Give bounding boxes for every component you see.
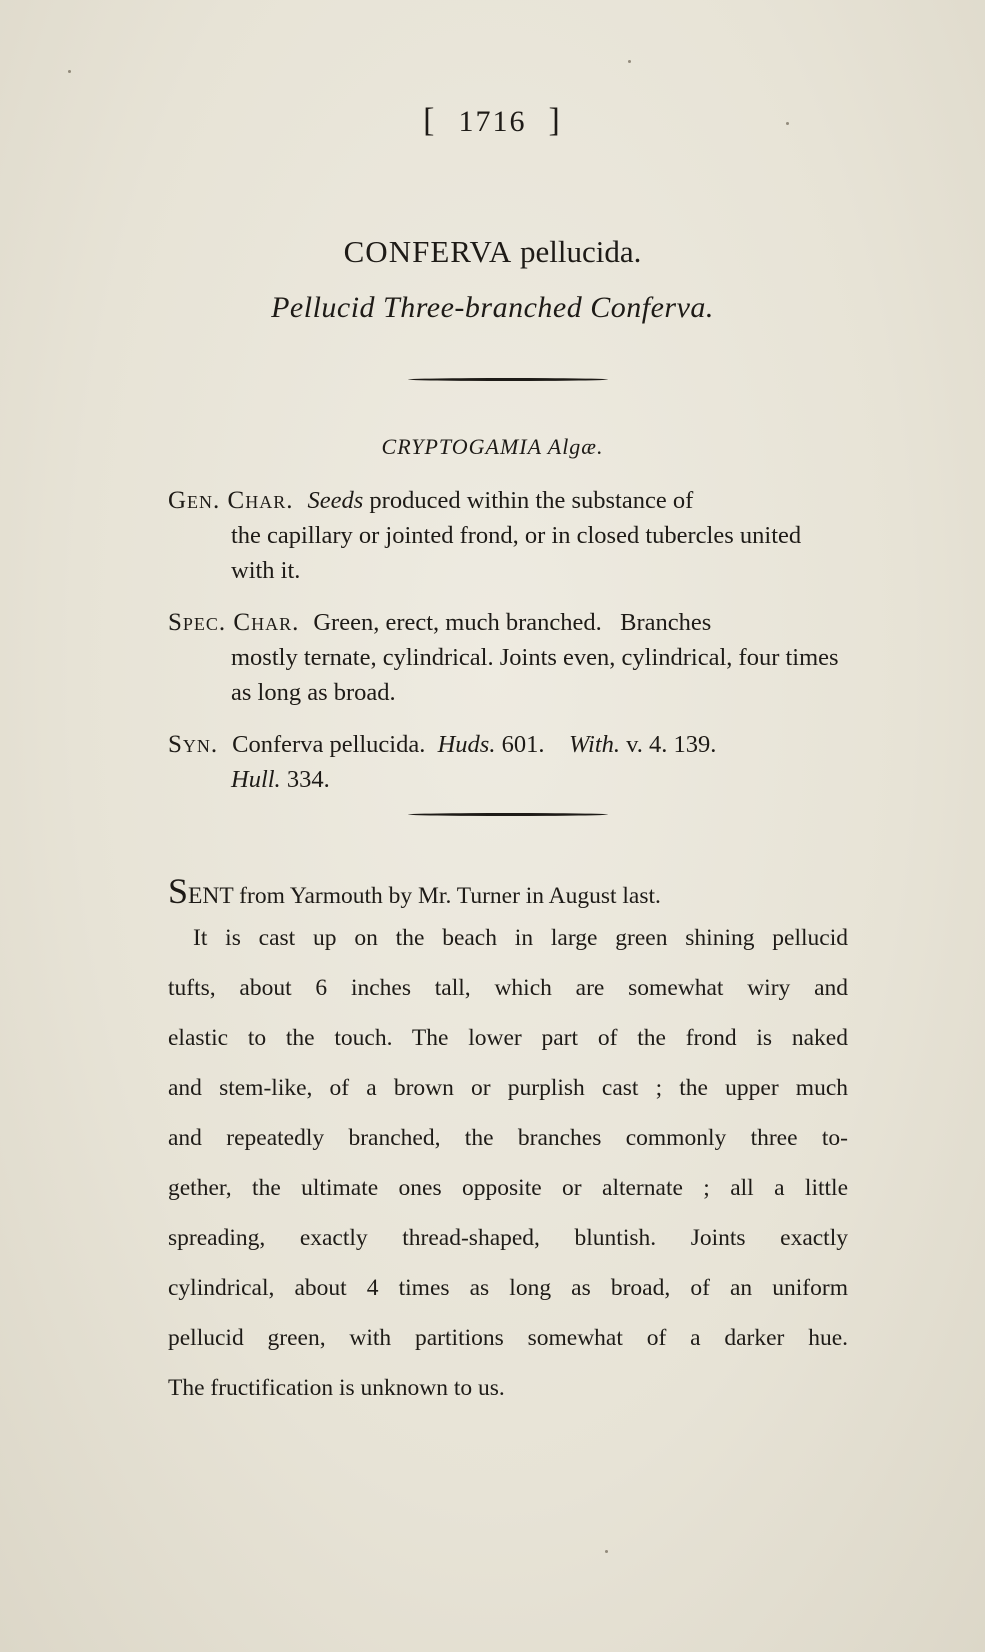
entry-label: Syn. bbox=[168, 731, 218, 758]
page-number: [1716] bbox=[0, 102, 985, 140]
paragraph-line: It is cast up on the beach in large gree… bbox=[168, 913, 848, 963]
folio-bracket-open: [ bbox=[423, 102, 436, 140]
ref-huds: Huds. bbox=[438, 731, 496, 758]
paper-speck bbox=[605, 1550, 608, 1553]
entry-italic: Seeds bbox=[307, 487, 363, 514]
paragraph-line: spreading, exactly thread-shaped, blunti… bbox=[168, 1213, 848, 1263]
ref-hull: Hull. bbox=[231, 766, 281, 793]
entry-continuation: the capillary or jointed frond, or in cl… bbox=[168, 518, 848, 588]
generic-character-entry: Gen. Char.Seeds produced within the subs… bbox=[168, 483, 848, 588]
paper-speck bbox=[786, 122, 789, 125]
ornamental-rule bbox=[408, 378, 608, 381]
book-page: [1716] CONFERVA pellucida. Pellucid Thre… bbox=[0, 0, 985, 1652]
species-name: pellucida. bbox=[520, 234, 641, 269]
intro-text: from Yarmouth by Mr. Turner in August la… bbox=[233, 883, 661, 909]
ref-with: With. bbox=[569, 731, 620, 758]
paper-speck bbox=[628, 60, 631, 63]
paragraph-line: pellucid green, with partitions somewhat… bbox=[168, 1313, 848, 1363]
classification-heading: CRYPTOGAMIA Algæ. bbox=[0, 434, 985, 460]
paragraph-line: gether, the ultimate ones opposite or al… bbox=[168, 1163, 848, 1213]
drop-capital: S bbox=[168, 871, 188, 911]
entry-text: Green, erect, much branched. Branches bbox=[313, 609, 711, 636]
entry-text: produced within the substance of bbox=[363, 487, 693, 514]
paragraph-line: and repeatedly branched, the branches co… bbox=[168, 1113, 848, 1163]
folio-number: 1716 bbox=[459, 105, 527, 138]
species-title: CONFERVA pellucida. bbox=[0, 234, 985, 270]
synonymy-entry: Syn.Conferva pellucida. Huds. 601. With.… bbox=[168, 727, 848, 797]
paragraph-line: tufts, about 6 inches tall, which are so… bbox=[168, 963, 848, 1013]
paragraph-line: elastic to the touch. The lower part of … bbox=[168, 1013, 848, 1063]
paragraph-line: and stem-like, of a brown or purplish ca… bbox=[168, 1063, 848, 1113]
paragraph-line: cylindrical, about 4 times as long as br… bbox=[168, 1263, 848, 1313]
paragraph-line: The fructification is unknown to us. bbox=[168, 1363, 848, 1413]
ref-with-num: v. 4. 139. bbox=[620, 731, 716, 758]
common-name: Pellucid Three-branched Conferva. bbox=[0, 291, 985, 325]
genus-name: CONFERVA bbox=[344, 234, 513, 269]
entry-label: Gen. Char. bbox=[168, 487, 293, 514]
description-paragraph: It is cast up on the beach in large gree… bbox=[168, 913, 848, 1413]
entry-label: Spec. Char. bbox=[168, 609, 299, 636]
entry-continuation: mostly ternate, cylindrical. Joints even… bbox=[168, 640, 848, 710]
ref-hull-num: 334. bbox=[281, 766, 330, 793]
specific-character-entry: Spec. Char.Green, erect, much branched. … bbox=[168, 605, 848, 710]
paper-speck bbox=[68, 70, 71, 73]
ref-huds-num: 601. bbox=[495, 731, 544, 758]
folio-bracket-close: ] bbox=[549, 102, 562, 140]
ornamental-rule bbox=[408, 813, 608, 816]
small-caps-word: ENT bbox=[188, 883, 233, 909]
entry-text: Conferva pellucida. bbox=[232, 731, 425, 758]
